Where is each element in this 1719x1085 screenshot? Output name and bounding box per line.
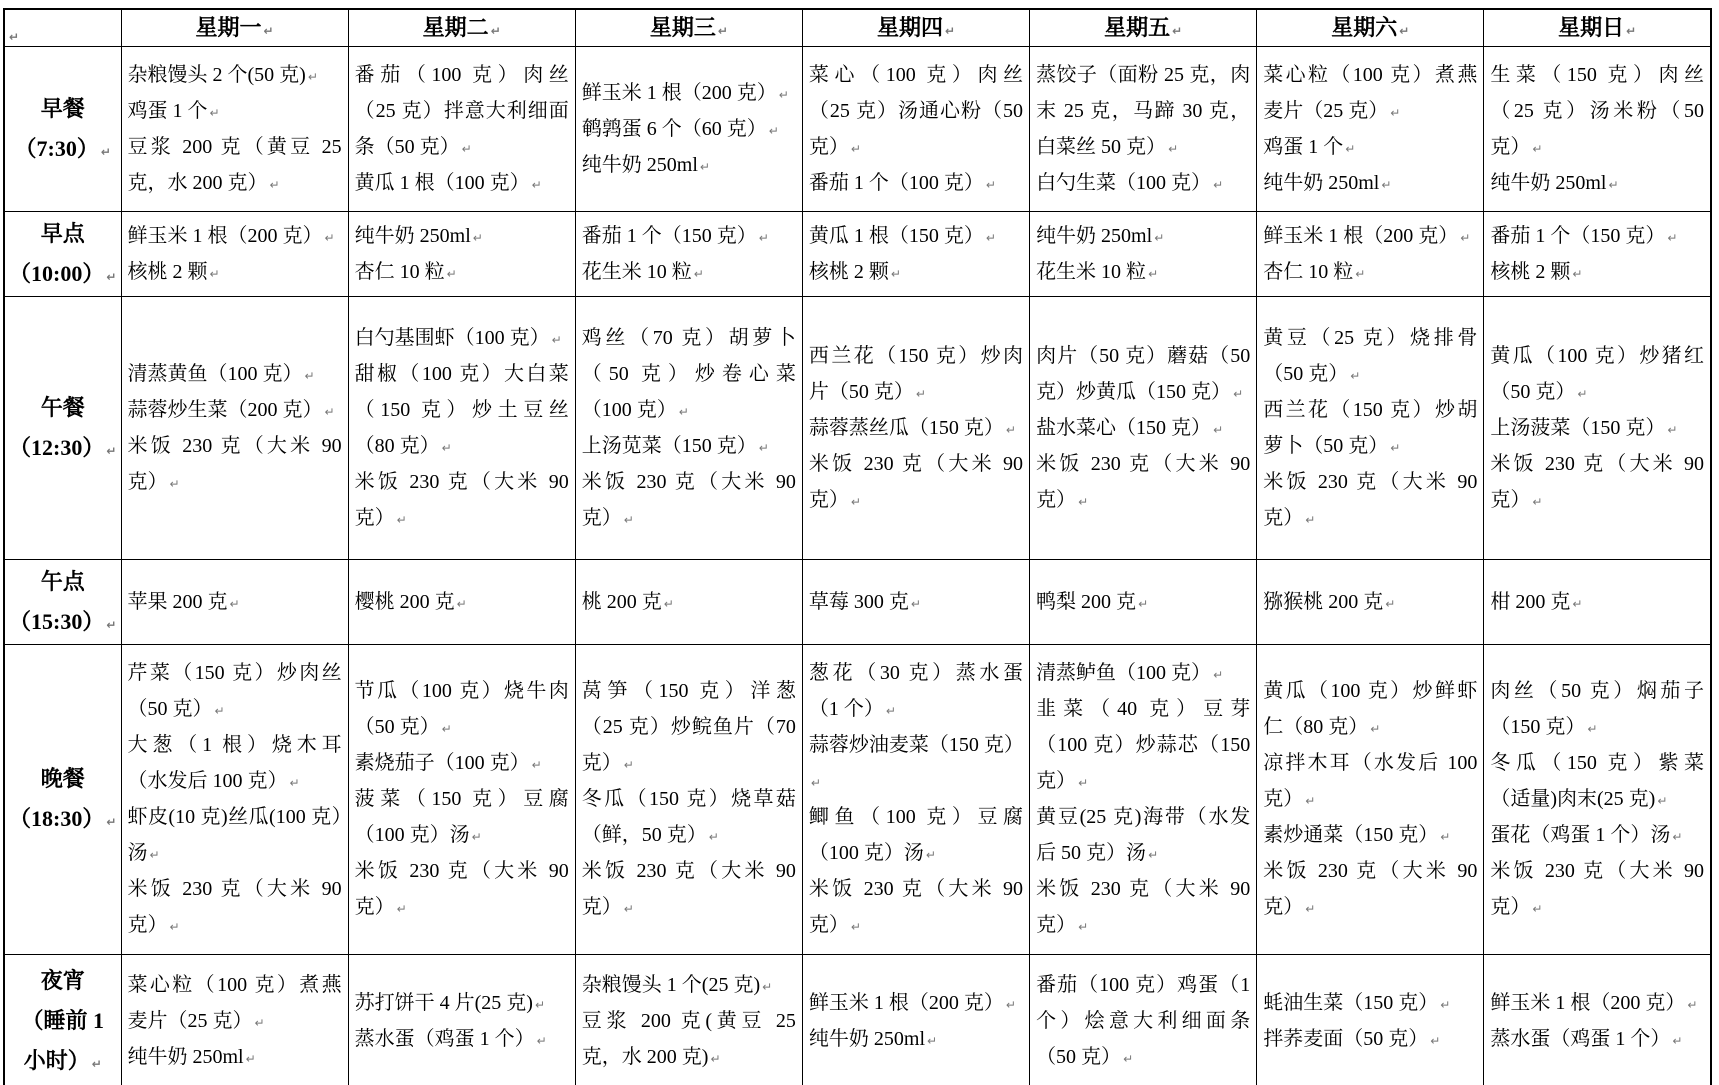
menu-item: 虾皮(10 克)丝瓜(100 克）汤↵ bbox=[128, 799, 342, 871]
menu-item: 菜心粒（100 克）煮燕麦片（25 克）↵ bbox=[128, 967, 342, 1039]
menu-cell-午餐-day2: 白勺基围虾（100 克）↵甜椒（100 克）大白菜（150 克）炒土豆丝（80 … bbox=[348, 296, 575, 559]
menu-item: 核桃 2 颗↵ bbox=[128, 254, 342, 290]
meal-row-label-line: （15:30）↵ bbox=[7, 602, 119, 642]
menu-cell-夜宵-day2: 苏打饼干 4 片(25 克)↵蒸水蛋（鸡蛋 1 个）↵ bbox=[348, 954, 575, 1085]
day-header-6: 星期六↵ bbox=[1257, 9, 1484, 46]
paragraph-mark-icon: ↵ bbox=[1172, 24, 1182, 38]
menu-item: 肉丝（50 克）焖茄子（150 克）↵ bbox=[1490, 673, 1704, 745]
menu-cell-夜宵-day5: 番茄（100 克）鸡蛋（1 个）烩意大利细面条（50 克）↵ bbox=[1030, 954, 1257, 1085]
paragraph-mark-icon: ↵ bbox=[1430, 1034, 1440, 1048]
menu-item: 米饭 230 克（大米 90 克）↵ bbox=[809, 446, 1023, 518]
menu-item: 猕猴桃 200 克↵ bbox=[1263, 584, 1477, 620]
menu-item: 核桃 2 颗↵ bbox=[809, 254, 1023, 290]
menu-item: 米饭 230 克（大米 90 克）↵ bbox=[1263, 853, 1477, 925]
paragraph-mark-icon: ↵ bbox=[150, 848, 160, 862]
menu-item: 花生米 10 粒↵ bbox=[1036, 254, 1250, 290]
meal-row-label-line: 晚餐 bbox=[7, 759, 119, 799]
menu-item: 黄豆(25 克)海带（水发后 50 克）汤↵ bbox=[1036, 799, 1250, 871]
paragraph-mark-icon: ↵ bbox=[1532, 902, 1542, 916]
paragraph-mark-icon: ↵ bbox=[1078, 920, 1088, 934]
paragraph-mark-icon: ↵ bbox=[1213, 668, 1223, 682]
paragraph-mark-icon: ↵ bbox=[552, 333, 562, 347]
menu-item: 米饭 230 克（大米 90 克）↵ bbox=[1263, 464, 1477, 536]
paragraph-mark-icon: ↵ bbox=[710, 1052, 720, 1066]
menu-item: 黄瓜 1 根（150 克）↵ bbox=[809, 218, 1023, 254]
menu-item: 蒜蓉蒸丝瓜（150 克）↵ bbox=[809, 410, 1023, 446]
header-row: ↵ 星期一↵星期二↵星期三↵星期四↵星期五↵星期六↵星期日↵ bbox=[4, 9, 1711, 46]
paragraph-mark-icon: ↵ bbox=[851, 142, 861, 156]
menu-item: 番茄（100 克）鸡蛋（1 个）烩意大利细面条（50 克）↵ bbox=[1036, 967, 1250, 1075]
paragraph-mark-icon: ↵ bbox=[1123, 1052, 1133, 1066]
paragraph-mark-icon: ↵ bbox=[532, 178, 542, 192]
menu-item: 核桃 2 颗↵ bbox=[1490, 254, 1704, 290]
menu-cell-午点-day5: 鸭梨 200 克↵ bbox=[1030, 559, 1257, 644]
paragraph-mark-icon: ↵ bbox=[325, 405, 335, 419]
menu-item: 番茄（100 克）肉丝（25 克）拌意大利细面条（50 克）↵ bbox=[355, 57, 569, 165]
paragraph-mark-icon: ↵ bbox=[1587, 722, 1597, 736]
paragraph-mark-icon: ↵ bbox=[106, 270, 116, 284]
menu-item: 樱桃 200 克↵ bbox=[355, 584, 569, 620]
paragraph-mark-icon: ↵ bbox=[759, 441, 769, 455]
paragraph-mark-icon: ↵ bbox=[1355, 267, 1365, 281]
meal-row-label-line: （10:00）↵ bbox=[7, 254, 119, 294]
paragraph-mark-icon: ↵ bbox=[886, 704, 896, 718]
menu-item: 黄瓜（100 克）炒猪红（50 克）↵ bbox=[1490, 338, 1704, 410]
menu-item: 肉片（50 克）蘑菇（50 克）炒黄瓜（150 克）↵ bbox=[1036, 338, 1250, 410]
menu-item: 纯牛奶 250ml↵ bbox=[1036, 218, 1250, 254]
paragraph-mark-icon: ↵ bbox=[1381, 178, 1391, 192]
paragraph-mark-icon: ↵ bbox=[442, 441, 452, 455]
menu-item: 米饭 230 克（大米 90 克）↵ bbox=[1036, 871, 1250, 943]
paragraph-mark-icon: ↵ bbox=[230, 597, 240, 611]
menu-item: 鸭梨 200 克↵ bbox=[1036, 584, 1250, 620]
menu-item: 鸡蛋 1 个↵ bbox=[128, 93, 342, 129]
menu-item: 葱花（30 克）蒸水蛋（1 个）↵ bbox=[809, 655, 1023, 727]
menu-item: 黄瓜（100 克）炒鲜虾仁（80 克）↵ bbox=[1263, 673, 1477, 745]
paragraph-mark-icon: ↵ bbox=[1213, 423, 1223, 437]
menu-item: 纯牛奶 250ml↵ bbox=[1490, 165, 1704, 201]
paragraph-mark-icon: ↵ bbox=[535, 998, 545, 1012]
paragraph-mark-icon: ↵ bbox=[1667, 423, 1677, 437]
menu-item: 苹果 200 克↵ bbox=[128, 584, 342, 620]
menu-item: 米饭 230 克（大米 90 克）↵ bbox=[1490, 446, 1704, 518]
meal-row-label-line: （12:30）↵ bbox=[7, 428, 119, 468]
menu-cell-午餐-day5: 肉片（50 克）蘑菇（50 克）炒黄瓜（150 克）↵盐水菜心（150 克）↵米… bbox=[1030, 296, 1257, 559]
meal-row-早点: 早点（10:00）↵鲜玉米 1 根（200 克）↵核桃 2 颗↵纯牛奶 250m… bbox=[4, 211, 1711, 296]
paragraph-mark-icon: ↵ bbox=[215, 704, 225, 718]
menu-cell-午餐-day1: 清蒸黄鱼（100 克）↵蒜蓉炒生菜（200 克）↵米饭 230 克（大米 90 … bbox=[121, 296, 348, 559]
menu-item: 西兰花（150 克）炒胡萝卜（50 克）↵ bbox=[1263, 392, 1477, 464]
menu-item: 蒜蓉炒油麦菜（150 克）↵ bbox=[809, 727, 1023, 799]
menu-item: 杏仁 10 粒↵ bbox=[355, 254, 569, 290]
menu-item: 白勺基围虾（100 克）↵ bbox=[355, 320, 569, 356]
weekly-meal-plan-table: ↵ 星期一↵星期二↵星期三↵星期四↵星期五↵星期六↵星期日↵ 早餐（7:30）↵… bbox=[3, 8, 1712, 1085]
paragraph-mark-icon: ↵ bbox=[1672, 830, 1682, 844]
paragraph-mark-icon: ↵ bbox=[769, 124, 779, 138]
meal-row-label: 午餐（12:30）↵ bbox=[4, 296, 121, 559]
paragraph-mark-icon: ↵ bbox=[170, 920, 180, 934]
meal-row-label-line: 午点 bbox=[7, 562, 119, 602]
paragraph-mark-icon: ↵ bbox=[397, 902, 407, 916]
day-header-5: 星期五↵ bbox=[1030, 9, 1257, 46]
paragraph-mark-icon: ↵ bbox=[1305, 794, 1315, 808]
paragraph-mark-icon: ↵ bbox=[1626, 24, 1636, 38]
paragraph-mark-icon: ↵ bbox=[1572, 597, 1582, 611]
paragraph-mark-icon: ↵ bbox=[532, 758, 542, 772]
menu-cell-午点-day4: 草莓 300 克↵ bbox=[802, 559, 1029, 644]
menu-item: 米饭 230 克（大米 90 克）↵ bbox=[582, 464, 796, 536]
paragraph-mark-icon: ↵ bbox=[442, 722, 452, 736]
paragraph-mark-icon: ↵ bbox=[1350, 369, 1360, 383]
paragraph-mark-icon: ↵ bbox=[1440, 830, 1450, 844]
menu-cell-午餐-day6: 黄豆（25 克）烧排骨（50 克）↵西兰花（150 克）炒胡萝卜（50 克）↵米… bbox=[1257, 296, 1484, 559]
menu-item: 清蒸鲈鱼（100 克）↵ bbox=[1036, 655, 1250, 691]
menu-cell-早餐-day1: 杂粮馒头 2 个(50 克)↵鸡蛋 1 个↵豆浆 200 克（黄豆 25 克，水… bbox=[121, 46, 348, 211]
menu-item: 纯牛奶 250ml↵ bbox=[1263, 165, 1477, 201]
menu-item: 蛋花（鸡蛋 1 个）汤↵ bbox=[1490, 817, 1704, 853]
paragraph-mark-icon: ↵ bbox=[1385, 597, 1395, 611]
menu-item: 番茄 1 个（100 克）↵ bbox=[809, 165, 1023, 201]
paragraph-mark-icon: ↵ bbox=[1687, 998, 1697, 1012]
menu-cell-晚餐-day5: 清蒸鲈鱼（100 克）↵韭菜（40 克）豆芽（100 克）炒蒜芯（150 克）↵… bbox=[1030, 644, 1257, 954]
paragraph-mark-icon: ↵ bbox=[1390, 106, 1400, 120]
menu-cell-早餐-day4: 菜心（100 克）肉丝（25 克）汤通心粉（50 克）↵番茄 1 个（100 克… bbox=[802, 46, 1029, 211]
menu-item: 菠菜（150 克）豆腐（100 克）汤↵ bbox=[355, 781, 569, 853]
menu-cell-早点-day1: 鲜玉米 1 根（200 克）↵核桃 2 颗↵ bbox=[121, 211, 348, 296]
paragraph-mark-icon: ↵ bbox=[270, 178, 280, 192]
menu-item: 凉拌木耳（水发后 100 克）↵ bbox=[1263, 745, 1477, 817]
menu-item: 米饭 230 克（大米 90 克）↵ bbox=[1490, 853, 1704, 925]
day-header-2: 星期二↵ bbox=[348, 9, 575, 46]
menu-item: 素烧茄子（100 克）↵ bbox=[355, 745, 569, 781]
menu-cell-早点-day2: 纯牛奶 250ml↵杏仁 10 粒↵ bbox=[348, 211, 575, 296]
day-header-1: 星期一↵ bbox=[121, 9, 348, 46]
paragraph-mark-icon: ↵ bbox=[718, 24, 728, 38]
menu-item: 鲜玉米 1 根（200 克）↵ bbox=[128, 218, 342, 254]
meal-rows-body: 早餐（7:30）↵杂粮馒头 2 个(50 克)↵鸡蛋 1 个↵豆浆 200 克（… bbox=[4, 46, 1711, 1085]
paragraph-mark-icon: ↵ bbox=[305, 369, 315, 383]
paragraph-mark-icon: ↵ bbox=[1608, 178, 1618, 192]
paragraph-mark-icon: ↵ bbox=[1006, 998, 1016, 1012]
paragraph-mark-icon: ↵ bbox=[911, 597, 921, 611]
menu-item: 白勺生菜（100 克）↵ bbox=[1036, 165, 1250, 201]
paragraph-mark-icon: ↵ bbox=[462, 142, 472, 156]
paragraph-mark-icon: ↵ bbox=[447, 267, 457, 281]
paragraph-mark-icon: ↵ bbox=[709, 830, 719, 844]
paragraph-mark-icon: ↵ bbox=[170, 477, 180, 491]
menu-cell-午点-day3: 桃 200 克↵ bbox=[575, 559, 802, 644]
meal-row-午点: 午点（15:30）↵苹果 200 克↵樱桃 200 克↵桃 200 克↵草莓 3… bbox=[4, 559, 1711, 644]
meal-row-夜宵: 夜宵（睡前 1小时）↵菜心粒（100 克）煮燕麦片（25 克）↵纯牛奶 250m… bbox=[4, 954, 1711, 1085]
menu-item: 柑 200 克↵ bbox=[1490, 584, 1704, 620]
menu-item: 桃 200 克↵ bbox=[582, 584, 796, 620]
paragraph-mark-icon: ↵ bbox=[1305, 902, 1315, 916]
paragraph-mark-icon: ↵ bbox=[762, 980, 772, 994]
menu-cell-午点-day2: 樱桃 200 克↵ bbox=[348, 559, 575, 644]
menu-cell-晚餐-day1: 芹菜（150 克）炒肉丝（50 克）↵大葱（1 根）烧木耳（水发后 100 克）… bbox=[121, 644, 348, 954]
menu-cell-夜宵-day4: 鲜玉米 1 根（200 克）↵纯牛奶 250ml↵ bbox=[802, 954, 1029, 1085]
meal-row-label-line: 小时）↵ bbox=[7, 1041, 119, 1081]
menu-cell-午餐-day4: 西兰花（150 克）炒肉片（50 克）↵蒜蓉蒸丝瓜（150 克）↵米饭 230 … bbox=[802, 296, 1029, 559]
day-header-3: 星期三↵ bbox=[575, 9, 802, 46]
menu-item: 苏打饼干 4 片(25 克)↵ bbox=[355, 985, 569, 1021]
menu-cell-午餐-day7: 黄瓜（100 克）炒猪红（50 克）↵上汤菠菜（150 克）↵米饭 230 克（… bbox=[1484, 296, 1711, 559]
menu-item: 鲜玉米 1 根（200 克）↵ bbox=[582, 75, 796, 111]
paragraph-mark-icon: ↵ bbox=[264, 24, 274, 38]
meal-row-label-line: 午餐 bbox=[7, 388, 119, 428]
paragraph-mark-icon: ↵ bbox=[106, 618, 116, 632]
paragraph-mark-icon: ↵ bbox=[472, 830, 482, 844]
paragraph-mark-icon: ↵ bbox=[1440, 998, 1450, 1012]
menu-item: 鹌鹑蛋 6 个（60 克）↵ bbox=[582, 111, 796, 147]
menu-cell-午点-day1: 苹果 200 克↵ bbox=[121, 559, 348, 644]
menu-cell-早点-day7: 番茄 1 个（150 克）↵核桃 2 颗↵ bbox=[1484, 211, 1711, 296]
menu-item: 素炒通菜（150 克）↵ bbox=[1263, 817, 1477, 853]
menu-item: 韭菜（40 克）豆芽（100 克）炒蒜芯（150 克）↵ bbox=[1036, 691, 1250, 799]
paragraph-mark-icon: ↵ bbox=[255, 1016, 265, 1030]
meal-row-早餐: 早餐（7:30）↵杂粮馒头 2 个(50 克)↵鸡蛋 1 个↵豆浆 200 克（… bbox=[4, 46, 1711, 211]
paragraph-mark-icon: ↵ bbox=[397, 513, 407, 527]
paragraph-mark-icon: ↵ bbox=[308, 70, 318, 84]
paragraph-mark-icon: ↵ bbox=[851, 920, 861, 934]
menu-item: 上汤菠菜（150 克）↵ bbox=[1490, 410, 1704, 446]
paragraph-mark-icon: ↵ bbox=[101, 145, 111, 159]
menu-cell-晚餐-day4: 葱花（30 克）蒸水蛋（1 个）↵蒜蓉炒油麦菜（150 克）↵鲫鱼（100 克）… bbox=[802, 644, 1029, 954]
paragraph-mark-icon: ↵ bbox=[1233, 387, 1243, 401]
meal-row-label-line: 早餐 bbox=[7, 89, 119, 129]
menu-item: 杂粮馒头 2 个(50 克)↵ bbox=[128, 57, 342, 93]
paragraph-mark-icon: ↵ bbox=[1078, 495, 1088, 509]
menu-item: 鸡蛋 1 个↵ bbox=[1263, 129, 1477, 165]
meal-row-label-line: 夜宵 bbox=[7, 961, 119, 1001]
menu-item: 冬瓜（150 克）紫菜（适量)肉末(25 克)↵ bbox=[1490, 745, 1704, 817]
menu-item: 黄豆（25 克）烧排骨（50 克）↵ bbox=[1263, 320, 1477, 392]
day-header-4: 星期四↵ bbox=[802, 9, 1029, 46]
menu-item: 拌荞麦面（50 克）↵ bbox=[1263, 1021, 1477, 1057]
menu-cell-午点-day6: 猕猴桃 200 克↵ bbox=[1257, 559, 1484, 644]
paragraph-mark-icon: ↵ bbox=[1460, 231, 1470, 245]
menu-cell-夜宵-day1: 菜心粒（100 克）煮燕麦片（25 克）↵纯牛奶 250ml↵ bbox=[121, 954, 348, 1085]
menu-item: 甜椒（100 克）大白菜（150 克）炒土豆丝（80 克）↵ bbox=[355, 356, 569, 464]
menu-item: 米饭 230 克（大米 90 克）↵ bbox=[809, 871, 1023, 943]
menu-cell-夜宵-day3: 杂粮馒头 1 个(25 克)↵豆浆 200 克(黄豆 25 克，水 200 克)… bbox=[575, 954, 802, 1085]
menu-item: 上汤苋菜（150 克）↵ bbox=[582, 428, 796, 464]
menu-item: 鲜玉米 1 根（200 克）↵ bbox=[1263, 218, 1477, 254]
paragraph-mark-icon: ↵ bbox=[246, 1052, 256, 1066]
paragraph-mark-icon: ↵ bbox=[624, 902, 634, 916]
menu-item: 芹菜（150 克）炒肉丝（50 克）↵ bbox=[128, 655, 342, 727]
paragraph-mark-icon: ↵ bbox=[1345, 142, 1355, 156]
paragraph-mark-icon: ↵ bbox=[92, 1057, 102, 1071]
menu-item: 冬瓜（150 克）烧草菇（鲜，50 克）↵ bbox=[582, 781, 796, 853]
menu-cell-早点-day4: 黄瓜 1 根（150 克）↵核桃 2 颗↵ bbox=[802, 211, 1029, 296]
meal-row-label: 晚餐（18:30）↵ bbox=[4, 644, 121, 954]
paragraph-mark-icon: ↵ bbox=[1399, 24, 1409, 38]
paragraph-mark-icon: ↵ bbox=[759, 231, 769, 245]
menu-item: 米饭 230 克（大米 90 克）↵ bbox=[355, 464, 569, 536]
paragraph-mark-icon: ↵ bbox=[1532, 142, 1542, 156]
paragraph-mark-icon: ↵ bbox=[624, 513, 634, 527]
menu-item: 米饭 230 克（大米 90 克）↵ bbox=[1036, 446, 1250, 518]
menu-item: 米饭 230 克（大米 90 克）↵ bbox=[582, 853, 796, 925]
menu-cell-夜宵-day7: 鲜玉米 1 根（200 克）↵蒸水蛋（鸡蛋 1 个）↵ bbox=[1484, 954, 1711, 1085]
paragraph-mark-icon: ↵ bbox=[1148, 848, 1158, 862]
paragraph-mark-icon: ↵ bbox=[1390, 441, 1400, 455]
paragraph-mark-icon: ↵ bbox=[210, 267, 220, 281]
menu-cell-早餐-day5: 蒸饺子（面粉 25 克，肉末 25 克，马蹄 30 克，白菜丝 50 克）↵白勺… bbox=[1030, 46, 1257, 211]
menu-item: 清蒸黄鱼（100 克）↵ bbox=[128, 356, 342, 392]
meal-row-label-line: （18:30）↵ bbox=[7, 799, 119, 839]
menu-item: 菜心粒（100 克）煮燕麦片（25 克）↵ bbox=[1263, 57, 1477, 129]
menu-item: 黄瓜 1 根（100 克）↵ bbox=[355, 165, 569, 201]
menu-item: 番茄 1 个（150 克）↵ bbox=[1490, 218, 1704, 254]
menu-cell-早餐-day2: 番茄（100 克）肉丝（25 克）拌意大利细面条（50 克）↵黄瓜 1 根（10… bbox=[348, 46, 575, 211]
meal-row-午餐: 午餐（12:30）↵清蒸黄鱼（100 克）↵蒜蓉炒生菜（200 克）↵米饭 23… bbox=[4, 296, 1711, 559]
menu-item: 鲫鱼（100 克）豆腐（100 克）汤↵ bbox=[809, 799, 1023, 871]
menu-item: 米饭 230 克（大米 90 克）↵ bbox=[355, 853, 569, 925]
paragraph-mark-icon: ↵ bbox=[1006, 423, 1016, 437]
paragraph-mark-icon: ↵ bbox=[624, 758, 634, 772]
paragraph-mark-icon: ↵ bbox=[473, 231, 483, 245]
paragraph-mark-icon: ↵ bbox=[986, 231, 996, 245]
menu-item: 米饭 230 克（大米 90 克）↵ bbox=[128, 428, 342, 500]
menu-item: 西兰花（150 克）炒肉片（50 克）↵ bbox=[809, 338, 1023, 410]
paragraph-mark-icon: ↵ bbox=[491, 24, 501, 38]
menu-item: 莴笋（150 克）洋葱（25 克）炒鲩鱼片（70 克）↵ bbox=[582, 673, 796, 781]
paragraph-mark-icon: ↵ bbox=[290, 776, 300, 790]
paragraph-mark-icon: ↵ bbox=[1657, 794, 1667, 808]
menu-cell-午点-day7: 柑 200 克↵ bbox=[1484, 559, 1711, 644]
paragraph-mark-icon: ↵ bbox=[1667, 231, 1677, 245]
paragraph-mark-icon: ↵ bbox=[945, 24, 955, 38]
paragraph-mark-icon: ↵ bbox=[926, 848, 936, 862]
meal-row-label: 早点（10:00）↵ bbox=[4, 211, 121, 296]
meal-row-label: 午点（15:30）↵ bbox=[4, 559, 121, 644]
paragraph-mark-icon: ↵ bbox=[457, 597, 467, 611]
corner-cell: ↵ bbox=[4, 9, 121, 46]
menu-item: 鲜玉米 1 根（200 克）↵ bbox=[1490, 985, 1704, 1021]
menu-item: 鸡丝（70 克）胡萝卜（50 克）炒卷心菜（100 克）↵ bbox=[582, 320, 796, 428]
menu-cell-晚餐-day3: 莴笋（150 克）洋葱（25 克）炒鲩鱼片（70 克）↵冬瓜（150 克）烧草菇… bbox=[575, 644, 802, 954]
meal-row-label: 早餐（7:30）↵ bbox=[4, 46, 121, 211]
menu-cell-早餐-day6: 菜心粒（100 克）煮燕麦片（25 克）↵鸡蛋 1 个↵纯牛奶 250ml↵ bbox=[1257, 46, 1484, 211]
menu-item: 豆浆 200 克（黄豆 25 克，水 200 克）↵ bbox=[128, 129, 342, 201]
menu-item: 蒸水蛋（鸡蛋 1 个）↵ bbox=[1490, 1021, 1704, 1057]
paragraph-mark-icon: ↵ bbox=[679, 405, 689, 419]
paragraph-mark-icon: ↵ bbox=[927, 1034, 937, 1048]
paragraph-mark-icon: ↵ bbox=[891, 267, 901, 281]
menu-cell-晚餐-day7: 肉丝（50 克）焖茄子（150 克）↵冬瓜（150 克）紫菜（适量)肉末(25 … bbox=[1484, 644, 1711, 954]
menu-item: 菜心（100 克）肉丝（25 克）汤通心粉（50 克）↵ bbox=[809, 57, 1023, 165]
menu-cell-夜宵-day6: 蚝油生菜（150 克）↵拌荞麦面（50 克）↵ bbox=[1257, 954, 1484, 1085]
paragraph-mark-icon: ↵ bbox=[9, 30, 19, 44]
menu-item: 杏仁 10 粒↵ bbox=[1263, 254, 1477, 290]
paragraph-mark-icon: ↵ bbox=[1532, 495, 1542, 509]
paragraph-mark-icon: ↵ bbox=[986, 178, 996, 192]
menu-item: 米饭 230 克（大米 90 克）↵ bbox=[128, 871, 342, 943]
paragraph-mark-icon: ↵ bbox=[1370, 722, 1380, 736]
menu-item: 花生米 10 粒↵ bbox=[582, 254, 796, 290]
meal-row-label-line: （睡前 1 bbox=[7, 1001, 119, 1041]
paragraph-mark-icon: ↵ bbox=[694, 267, 704, 281]
menu-item: 蒜蓉炒生菜（200 克）↵ bbox=[128, 392, 342, 428]
paragraph-mark-icon: ↵ bbox=[779, 88, 789, 102]
menu-item: 蒸饺子（面粉 25 克，肉末 25 克，马蹄 30 克，白菜丝 50 克）↵ bbox=[1036, 57, 1250, 165]
menu-item: 纯牛奶 250ml↵ bbox=[355, 218, 569, 254]
meal-row-晚餐: 晚餐（18:30）↵芹菜（150 克）炒肉丝（50 克）↵大葱（1 根）烧木耳（… bbox=[4, 644, 1711, 954]
menu-item: 生菜（150 克）肉丝（25 克）汤米粉（50 克）↵ bbox=[1490, 57, 1704, 165]
menu-item: 草莓 300 克↵ bbox=[809, 584, 1023, 620]
paragraph-mark-icon: ↵ bbox=[1148, 267, 1158, 281]
paragraph-mark-icon: ↵ bbox=[664, 597, 674, 611]
paragraph-mark-icon: ↵ bbox=[325, 231, 335, 245]
meal-row-label-line: （7:30）↵ bbox=[7, 129, 119, 169]
menu-item: 纯牛奶 250ml↵ bbox=[582, 147, 796, 183]
menu-item: 盐水菜心（150 克）↵ bbox=[1036, 410, 1250, 446]
document-page: ↵ 星期一↵星期二↵星期三↵星期四↵星期五↵星期六↵星期日↵ 早餐（7:30）↵… bbox=[0, 0, 1719, 1085]
paragraph-mark-icon: ↵ bbox=[1305, 513, 1315, 527]
menu-item: 节瓜（100 克）烧牛肉（50 克）↵ bbox=[355, 673, 569, 745]
paragraph-mark-icon: ↵ bbox=[1154, 231, 1164, 245]
paragraph-mark-icon: ↵ bbox=[537, 1034, 547, 1048]
menu-item: 豆浆 200 克(黄豆 25 克，水 200 克)↵ bbox=[582, 1003, 796, 1075]
paragraph-mark-icon: ↵ bbox=[1138, 597, 1148, 611]
paragraph-mark-icon: ↵ bbox=[1078, 776, 1088, 790]
menu-item: 番茄 1 个（150 克）↵ bbox=[582, 218, 796, 254]
paragraph-mark-icon: ↵ bbox=[1168, 142, 1178, 156]
menu-cell-午餐-day3: 鸡丝（70 克）胡萝卜（50 克）炒卷心菜（100 克）↵上汤苋菜（150 克）… bbox=[575, 296, 802, 559]
menu-cell-早点-day3: 番茄 1 个（150 克）↵花生米 10 粒↵ bbox=[575, 211, 802, 296]
paragraph-mark-icon: ↵ bbox=[851, 495, 861, 509]
paragraph-mark-icon: ↵ bbox=[1213, 178, 1223, 192]
paragraph-mark-icon: ↵ bbox=[210, 106, 220, 120]
menu-cell-早餐-day3: 鲜玉米 1 根（200 克）↵鹌鹑蛋 6 个（60 克）↵纯牛奶 250ml↵ bbox=[575, 46, 802, 211]
menu-cell-早点-day6: 鲜玉米 1 根（200 克）↵杏仁 10 粒↵ bbox=[1257, 211, 1484, 296]
menu-cell-晚餐-day2: 节瓜（100 克）烧牛肉（50 克）↵素烧茄子（100 克）↵菠菜（150 克）… bbox=[348, 644, 575, 954]
day-header-7: 星期日↵ bbox=[1484, 9, 1711, 46]
meal-row-label: 夜宵（睡前 1小时）↵ bbox=[4, 954, 121, 1085]
menu-item: 鲜玉米 1 根（200 克）↵ bbox=[809, 985, 1023, 1021]
menu-item: 杂粮馒头 1 个(25 克)↵ bbox=[582, 967, 796, 1003]
menu-item: 纯牛奶 250ml↵ bbox=[128, 1039, 342, 1075]
paragraph-mark-icon: ↵ bbox=[106, 815, 116, 829]
paragraph-mark-icon: ↵ bbox=[811, 776, 821, 790]
paragraph-mark-icon: ↵ bbox=[916, 387, 926, 401]
paragraph-mark-icon: ↵ bbox=[700, 160, 710, 174]
menu-cell-早餐-day7: 生菜（150 克）肉丝（25 克）汤米粉（50 克）↵纯牛奶 250ml↵ bbox=[1484, 46, 1711, 211]
paragraph-mark-icon: ↵ bbox=[1577, 387, 1587, 401]
menu-item: 蒸水蛋（鸡蛋 1 个）↵ bbox=[355, 1021, 569, 1057]
menu-item: 蚝油生菜（150 克）↵ bbox=[1263, 985, 1477, 1021]
paragraph-mark-icon: ↵ bbox=[1672, 1034, 1682, 1048]
meal-row-label-line: 早点 bbox=[7, 214, 119, 254]
paragraph-mark-icon: ↵ bbox=[106, 444, 116, 458]
menu-item: 大葱（1 根）烧木耳（水发后 100 克）↵ bbox=[128, 727, 342, 799]
menu-cell-早点-day5: 纯牛奶 250ml↵花生米 10 粒↵ bbox=[1030, 211, 1257, 296]
menu-item: 纯牛奶 250ml↵ bbox=[809, 1021, 1023, 1057]
menu-cell-晚餐-day6: 黄瓜（100 克）炒鲜虾仁（80 克）↵凉拌木耳（水发后 100 克）↵素炒通菜… bbox=[1257, 644, 1484, 954]
paragraph-mark-icon: ↵ bbox=[1572, 267, 1582, 281]
